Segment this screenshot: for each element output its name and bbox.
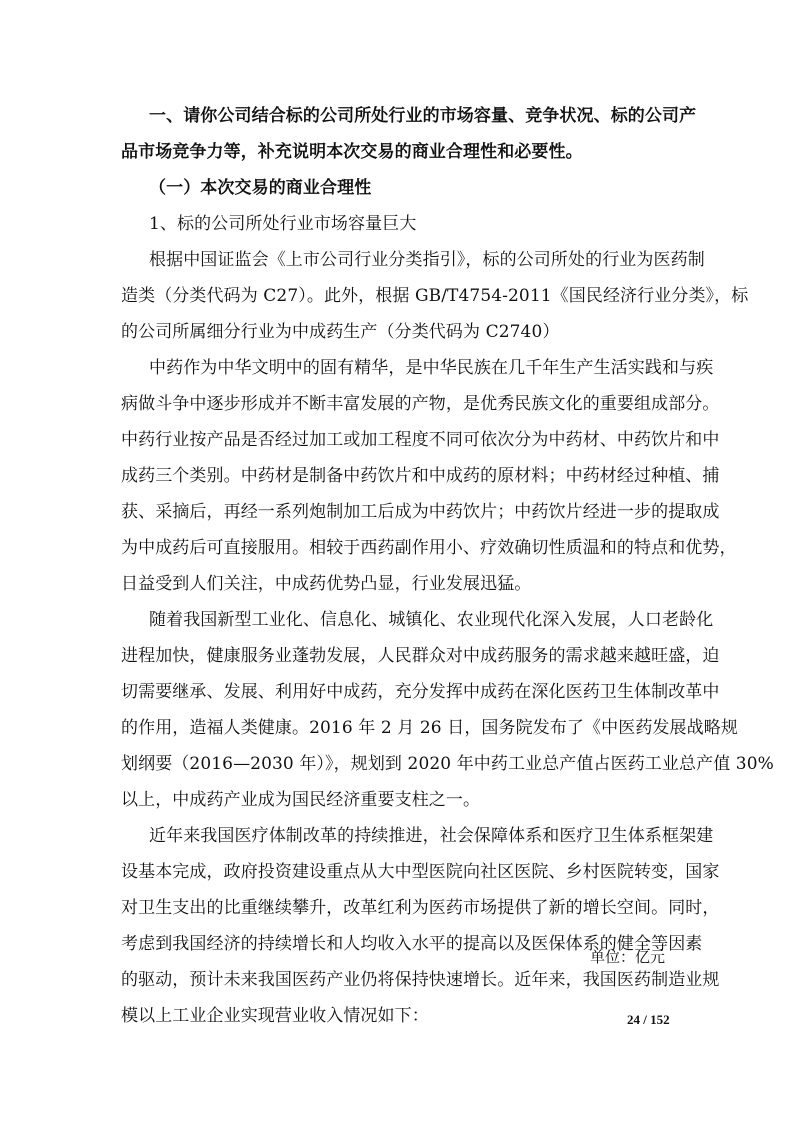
unit-label: 单位：亿元 [590, 946, 665, 967]
paragraph-2-line-2: 病做斗争中逐步形成并不断丰富发展的产物，是优秀民族文化的重要组成部分。 [121, 394, 677, 414]
paragraph-2-line-5: 获、采摘后，再经一系列炮制加工后成为中药饮片；中药饮片经进一步的提取成 [121, 502, 677, 522]
paragraph-1-line-1: 根据中国证监会《上市公司行业分类指引》，标的公司所处的行业为医药制 [149, 250, 677, 270]
paragraph-3-line-1: 随着我国新型工业化、信息化、城镇化、农业现代化深入发展，人口老龄化 [149, 610, 677, 630]
paragraph-3-line-6: 以上，中成药产业成为国民经济重要支柱之一。 [121, 790, 480, 810]
paragraph-3-line-2: 进程加快，健康服务业蓬勃发展，人民群众对中成药服务的需求越来越旺盛，迫 [121, 646, 677, 666]
paragraph-3-line-4: 的作用，造福人类健康。2016 年 2 月 26 日，国务院发布了《中医药发展战… [121, 718, 677, 738]
subheading: 1、标的公司所处行业市场容量巨大 [149, 214, 416, 234]
section-heading: （一）本次交易的商业合理性 [149, 178, 371, 198]
question-line-2: 品市场竞争力等，补充说明本次交易的商业合理性和必要性。 [121, 142, 583, 162]
page-number: 24 / 152 [627, 1012, 670, 1028]
paragraph-4-line-2: 设基本完成，政府投资建设重点从大中型医院向社区医院、乡村医院转变，国家 [121, 862, 677, 882]
paragraph-2-line-4: 成药三个类别。中药材是制备中药饮片和中成药的原材料；中药材经过种植、捕 [121, 466, 677, 486]
paragraph-4-line-1: 近年来我国医疗体制改革的持续推进，社会保障体系和医疗卫生体系框架建 [149, 826, 677, 846]
paragraph-3-line-3: 切需要继承、发展、利用好中成药，充分发挥中成药在深化医药卫生体制改革中 [121, 682, 677, 702]
paragraph-2-line-1: 中药作为中华文明中的固有精华，是中华民族在几千年生产生活实践和与疾 [149, 358, 677, 378]
paragraph-1-line-3: 的公司所属细分行业为中成药生产（分类代码为 C2740） [121, 322, 559, 342]
paragraph-2-line-7: 日益受到人们关注，中成药优势凸显，行业发展迅猛。 [121, 574, 531, 594]
paragraph-1-line-2: 造类（分类代码为 C27）。此外，根据 GB/T4754-2011《国民经济行业… [121, 286, 677, 306]
paragraph-4-line-3: 对卫生支出的比重继续攀升，改革红利为医药市场提供了新的增长空间。同时， [121, 898, 677, 918]
paragraph-4-line-5: 的驱动，预计未来我国医药产业仍将保持快速增长。近年来，我国医药制造业规 [121, 970, 677, 990]
paragraph-4-line-6: 模以上工业企业实现营业收入情况如下： [121, 1006, 429, 1026]
question-line-1: 一、请你公司结合标的公司所处行业的市场容量、竞争状况、标的公司产 [149, 106, 677, 126]
paragraph-2-line-6: 为中成药后可直接服用。相较于西药副作用小、疗效确切性质温和的特点和优势， [121, 538, 677, 558]
paragraph-2-line-3: 中药行业按产品是否经过加工或加工程度不同可依次分为中药材、中药饮片和中 [121, 430, 677, 450]
paragraph-3-line-5: 划纲要（2016—2030 年）》，规划到 2020 年中药工业总产值占医药工业… [121, 754, 677, 774]
